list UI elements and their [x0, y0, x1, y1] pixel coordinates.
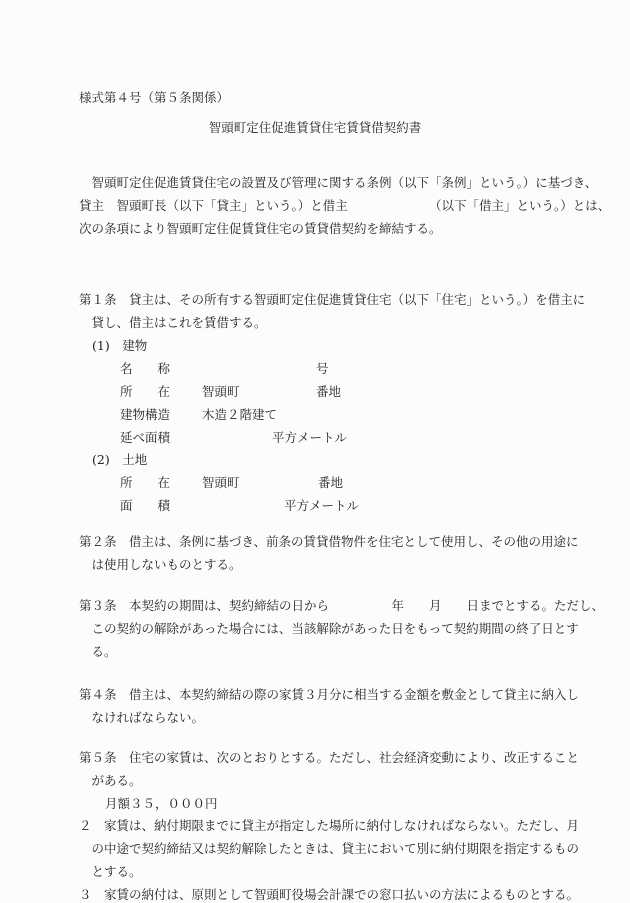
- field-suffix: 番地: [316, 384, 341, 400]
- clause-text: とする。: [79, 864, 142, 880]
- field-label: 建物構造: [120, 407, 170, 423]
- field-label: 延べ面積: [120, 430, 170, 446]
- preamble-line: 次の条項により智頭町定住促賃貸住宅の賃貸借契約を締結する。: [79, 221, 442, 237]
- document-title: 智頭町定住促進賃貸住宅賃貸借契約書: [0, 120, 630, 136]
- clause-text: ２ 家賃は、納付期限までに貸主が指定した場所に納付しなければならない。ただし、月: [79, 818, 579, 834]
- article-text: 第４条 借主は、本契約締結の際の家賃３月分に相当する金額を敷金として貸主に納入し: [79, 687, 579, 703]
- article-text: この契約の解除があった場合には、当該解除があった日をもって契約期間の終了日とす: [79, 621, 579, 637]
- field-suffix: 番地: [318, 475, 343, 491]
- preamble-line: 智頭町定住促進賃貸住宅の設置及び管理に関する条例（以下「条例」という。）に基づき…: [79, 175, 597, 191]
- article-text: 第３条 本契約の期間は、契約締結の日から 年 月 日までとする。ただし、: [79, 598, 604, 614]
- building-heading: (1) 建物: [92, 338, 147, 354]
- article-text: る。: [79, 644, 117, 660]
- clause-text: ３ 家賃の納付は、原則として智頭町役場会計課での窓口払いの方法によるものとする。: [79, 887, 579, 903]
- field-suffix: 平方メートル: [284, 498, 359, 514]
- monthly-rent: 月額３５，０００円: [105, 796, 218, 812]
- article-text: がある。: [79, 773, 142, 789]
- article-text: 第５条 住宅の家賃は、次のとおりとする。ただし、社会経済変動により、改正すること: [79, 750, 579, 766]
- clause-text: の中途で契約締結又は契約解除したときは、貸主において別に納付期限を指定するもの: [79, 841, 579, 857]
- land-heading: (2) 土地: [92, 452, 147, 468]
- field-value: 智頭町: [202, 475, 240, 491]
- article-text: 第２条 借主は、条例に基づき、前条の賃貸借物件を住宅として使用し、その他の用途に: [79, 534, 579, 550]
- article-text: は使用しないものとする。: [79, 557, 242, 573]
- field-label: 所 在: [120, 384, 170, 400]
- field-value: 木造２階建て: [202, 407, 277, 423]
- field-label: 面 積: [120, 498, 170, 514]
- preamble-line: 貸主 智頭町長（以下「貸主」という。）と借主 （以下「借主」という。）とは、: [79, 198, 610, 214]
- form-number: 様式第４号（第５条関係）: [79, 90, 229, 106]
- article-text: 貸し、借主はこれを賃借する。: [79, 315, 267, 331]
- field-value: 智頭町: [202, 384, 240, 400]
- field-suffix: 号: [316, 361, 329, 377]
- field-suffix: 平方メートル: [272, 430, 347, 446]
- field-label: 所 在: [120, 475, 170, 491]
- article-text: なければならない。: [79, 710, 204, 726]
- field-label: 名 称: [120, 361, 170, 377]
- article-text: 第１条 貸主は、その所有する智頭町定住促進賃貸住宅（以下「住宅」という。）を借主…: [79, 292, 585, 308]
